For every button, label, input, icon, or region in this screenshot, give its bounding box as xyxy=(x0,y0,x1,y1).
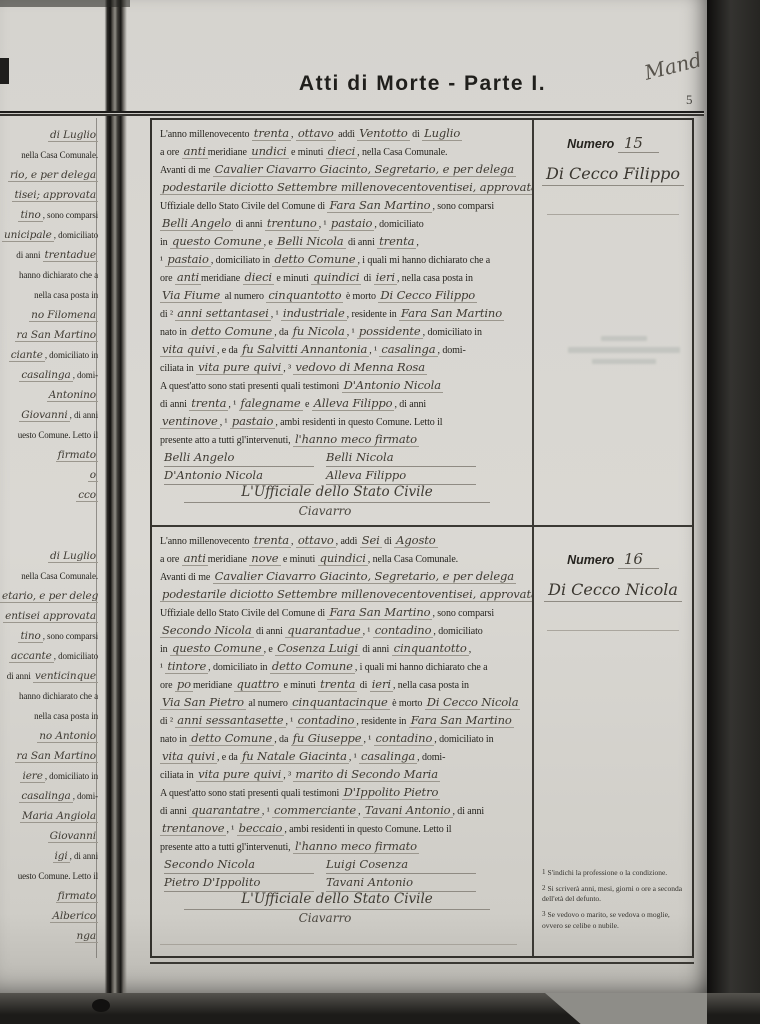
text-line: rio, e per delega xyxy=(0,164,98,184)
previous-page-fragment-bottom: di Luglionella Casa Comunale.etario, e p… xyxy=(0,545,101,949)
text-line: hanno dichiarato che a xyxy=(0,264,98,284)
text-line: podestarile diciotto Settembre millenove… xyxy=(160,178,532,196)
faint-stamp xyxy=(564,330,684,370)
witness-signatures-row: Secondo NicolaLuigi Cosenza xyxy=(160,855,532,873)
text-line: Via San Pietro al numero cinquantacinque… xyxy=(160,693,532,711)
text-line: Giovanni, di anni xyxy=(0,404,98,424)
signature: D'Antonio Nicola xyxy=(164,467,314,485)
text-line: di Luglio xyxy=(0,124,98,144)
numero-label: Numero xyxy=(567,553,614,567)
text-line: Alberico xyxy=(0,905,98,925)
blank-ruled-line xyxy=(547,202,679,215)
officer-signature: Ciavarro xyxy=(160,503,490,521)
photo-background-right xyxy=(707,0,760,1024)
text-line: ¹ pastaio, domiciliato in detto Comune, … xyxy=(160,250,532,268)
numero-value: 16 xyxy=(618,550,659,569)
record-15-body: L'anno millenovecento trenta, ottavo add… xyxy=(160,124,532,523)
text-line: tisei; approvata xyxy=(0,184,98,204)
text-line: nella Casa Comunale. xyxy=(0,144,98,164)
text-line: firmato xyxy=(0,444,98,464)
text-line: Belli Angelo di anni trentuno, ¹ pastaio… xyxy=(160,214,532,232)
record-15-text: L'anno millenovecento trenta, ottavo add… xyxy=(160,124,532,448)
officer-signature: Ciavarro xyxy=(160,910,490,928)
footnote: 2Si scriverà anni, mesi, giorni o ore a … xyxy=(542,884,684,904)
officer-title-line: L'Ufficiale dello Stato Civile xyxy=(184,484,490,503)
record-separator xyxy=(152,525,692,527)
signature: Luigi Cosenza xyxy=(326,856,476,874)
text-line: nella Casa Comunale. xyxy=(0,565,98,585)
page-edge-shadow xyxy=(0,0,130,7)
signature: Tavani Antonio xyxy=(326,874,476,892)
text-line: accante, domiciliato xyxy=(0,645,98,665)
text-line: no Antonio xyxy=(0,725,98,745)
text-line: Via Fiume al numero cinquantotto è morto… xyxy=(160,286,532,304)
text-line: presente atto a tutti gl'intervenuti, l'… xyxy=(160,430,532,448)
text-line: ¹ tintore, domiciliato in detto Comune, … xyxy=(160,657,532,675)
text-line: unicipale, domiciliato xyxy=(0,224,98,244)
text-line: entisei approvata xyxy=(0,605,98,625)
text-line: presente atto a tutti gl'intervenuti, l'… xyxy=(160,837,532,855)
signature: Secondo Nicola xyxy=(164,856,314,874)
text-line: Antonino xyxy=(0,384,98,404)
text-line: Giovanni xyxy=(0,825,98,845)
text-line: no Filomena xyxy=(0,304,98,324)
numero-value: 15 xyxy=(618,134,659,153)
officer-title-line: L'Ufficiale dello Stato Civile xyxy=(184,891,490,910)
text-line: nato in detto Comune, da fu Giuseppe, ¹ … xyxy=(160,729,532,747)
text-line: in questo Comune, e Cosenza Luigi di ann… xyxy=(160,639,532,657)
text-line: di anni quarantatre, ¹ commerciante, Tav… xyxy=(160,801,532,819)
text-line: Uffiziale dello Stato Civile del Comune … xyxy=(160,603,532,621)
witness-signatures-row: Pietro D'IppolitoTavani Antonio xyxy=(160,873,532,891)
binding-mark xyxy=(0,58,9,84)
text-line: ore antimeridiane dieci e minuti quindic… xyxy=(160,268,532,286)
text-line: in questo Comune, e Belli Nicola di anni… xyxy=(160,232,532,250)
text-line: nato in detto Comune, da fu Nicola, ¹ po… xyxy=(160,322,532,340)
record-16-annotation: Numero 16 Di Cecco Nicola xyxy=(538,548,688,631)
blank-ruled-line xyxy=(547,618,679,631)
record-15-annotation: Numero 15 Di Cecco Filippo xyxy=(538,132,688,215)
binding-hole xyxy=(92,999,110,1012)
text-line: nga xyxy=(0,925,98,945)
text-line: Maria Angiola xyxy=(0,805,98,825)
record-16-text: L'anno millenovecento trenta, ottavo, ad… xyxy=(160,531,532,855)
text-line: ra San Martino xyxy=(0,745,98,765)
footnote: 1S'indichi la professione o la condizion… xyxy=(542,868,684,878)
signature: Pietro D'Ippolito xyxy=(164,874,314,892)
text-line: di anni trenta, ¹ falegname e Alleva Fil… xyxy=(160,394,532,412)
act-form-box: L'anno millenovecento trenta, ottavo add… xyxy=(150,118,694,958)
witness-signatures-row: Belli AngeloBelli Nicola xyxy=(160,448,532,466)
deceased-name: Di Cecco Filippo xyxy=(542,164,684,186)
signature: Belli Angelo xyxy=(164,449,314,467)
text-line: ciliata in vita pure quivi, ³ marito di … xyxy=(160,765,532,783)
text-line: ciliata in vita pure quivi, ³ vedovo di … xyxy=(160,358,532,376)
text-line: di anni trentadue xyxy=(0,244,98,264)
text-line: Avanti di me Cavalier Ciavarro Giacinto,… xyxy=(160,160,532,178)
text-line: vita quivi, e da fu Natale Giacinta, ¹ c… xyxy=(160,747,532,765)
deceased-name: Di Cecco Nicola xyxy=(544,580,682,602)
numero-label: Numero xyxy=(567,137,614,151)
numero-line: Numero 16 xyxy=(538,548,688,572)
text-line: a ore antimeridiane undici e minuti diec… xyxy=(160,142,532,160)
text-line: Uffiziale dello Stato Civile del Comune … xyxy=(160,196,532,214)
text-line: cco xyxy=(0,484,98,504)
text-line: casalinga, domi- xyxy=(0,785,98,805)
text-line: trentanove, ¹ beccaio, ambi residenti in… xyxy=(160,819,532,837)
text-line: di ² anni sessantasette, ¹ contadino, re… xyxy=(160,711,532,729)
text-line: firmato xyxy=(0,885,98,905)
text-line: iere, domiciliato in xyxy=(0,765,98,785)
text-line: ra San Martino xyxy=(0,324,98,344)
footnote: 3Se vedovo o marito, se vedova o moglie,… xyxy=(542,910,684,930)
text-line: L'anno millenovecento trenta, ottavo add… xyxy=(160,124,532,142)
blank-ruled-line xyxy=(160,928,517,945)
text-line: uesto Comune. Letto il xyxy=(0,865,98,885)
text-line: hanno dichiarato che a xyxy=(0,685,98,705)
text-line: Secondo Nicola di anni quarantadue, ¹ co… xyxy=(160,621,532,639)
record-16-body: L'anno millenovecento trenta, ottavo, ad… xyxy=(160,531,532,953)
text-line: nella casa posta in xyxy=(0,705,98,725)
witness-signatures-row: D'Antonio NicolaAlleva Filippo xyxy=(160,466,532,484)
page-title: Atti di Morte - Parte I. xyxy=(150,72,695,96)
footnotes: 1S'indichi la professione o la condizion… xyxy=(542,868,684,937)
text-line: di Luglio xyxy=(0,545,98,565)
signature: Belli Nicola xyxy=(326,449,476,467)
column-divider xyxy=(532,120,534,956)
text-line: igi, di anni xyxy=(0,845,98,865)
death-register-scan: Atti di Morte - Parte I. Mand 5 di Lugli… xyxy=(0,0,760,1024)
signature: Alleva Filippo xyxy=(326,467,476,485)
text-line: L'anno millenovecento trenta, ottavo, ad… xyxy=(160,531,532,549)
text-line: A quest'atto sono stati presenti quali t… xyxy=(160,376,532,394)
text-line: o xyxy=(0,464,98,484)
text-line: a ore antimeridiane nove e minuti quindi… xyxy=(160,549,532,567)
text-line: ciante, domiciliato in xyxy=(0,344,98,364)
binding-gutter xyxy=(101,0,127,993)
text-line: tino, sono comparsi xyxy=(0,204,98,224)
text-line: A quest'atto sono stati presenti quali t… xyxy=(160,783,532,801)
text-line: etario, e per delega xyxy=(0,585,98,605)
text-line: di anni venticinque xyxy=(0,665,98,685)
page-number: 5 xyxy=(686,92,693,108)
text-line: casalinga, domi- xyxy=(0,364,98,384)
text-line: ventinove, ¹ pastaio, ambi residenti in … xyxy=(160,412,532,430)
text-line: Avanti di me Cavalier Ciavarro Giacinto,… xyxy=(160,567,532,585)
header-rule xyxy=(0,111,704,116)
text-line: ore pomeridiane quattro e minuti trenta … xyxy=(160,675,532,693)
text-line: podestarile diciotto Settembre millenove… xyxy=(160,585,532,603)
text-line: di ² anni settantasei, ¹ industriale, re… xyxy=(160,304,532,322)
text-line: nella casa posta in xyxy=(0,284,98,304)
text-line: uesto Comune. Letto il xyxy=(0,424,98,444)
previous-page-fragment-top: di Luglionella Casa Comunale.rio, e per … xyxy=(0,124,101,508)
text-line: vita quivi, e da fu Salvitti Annantonia,… xyxy=(160,340,532,358)
numero-line: Numero 15 xyxy=(538,132,688,156)
text-line: tino, sono comparsi xyxy=(0,625,98,645)
